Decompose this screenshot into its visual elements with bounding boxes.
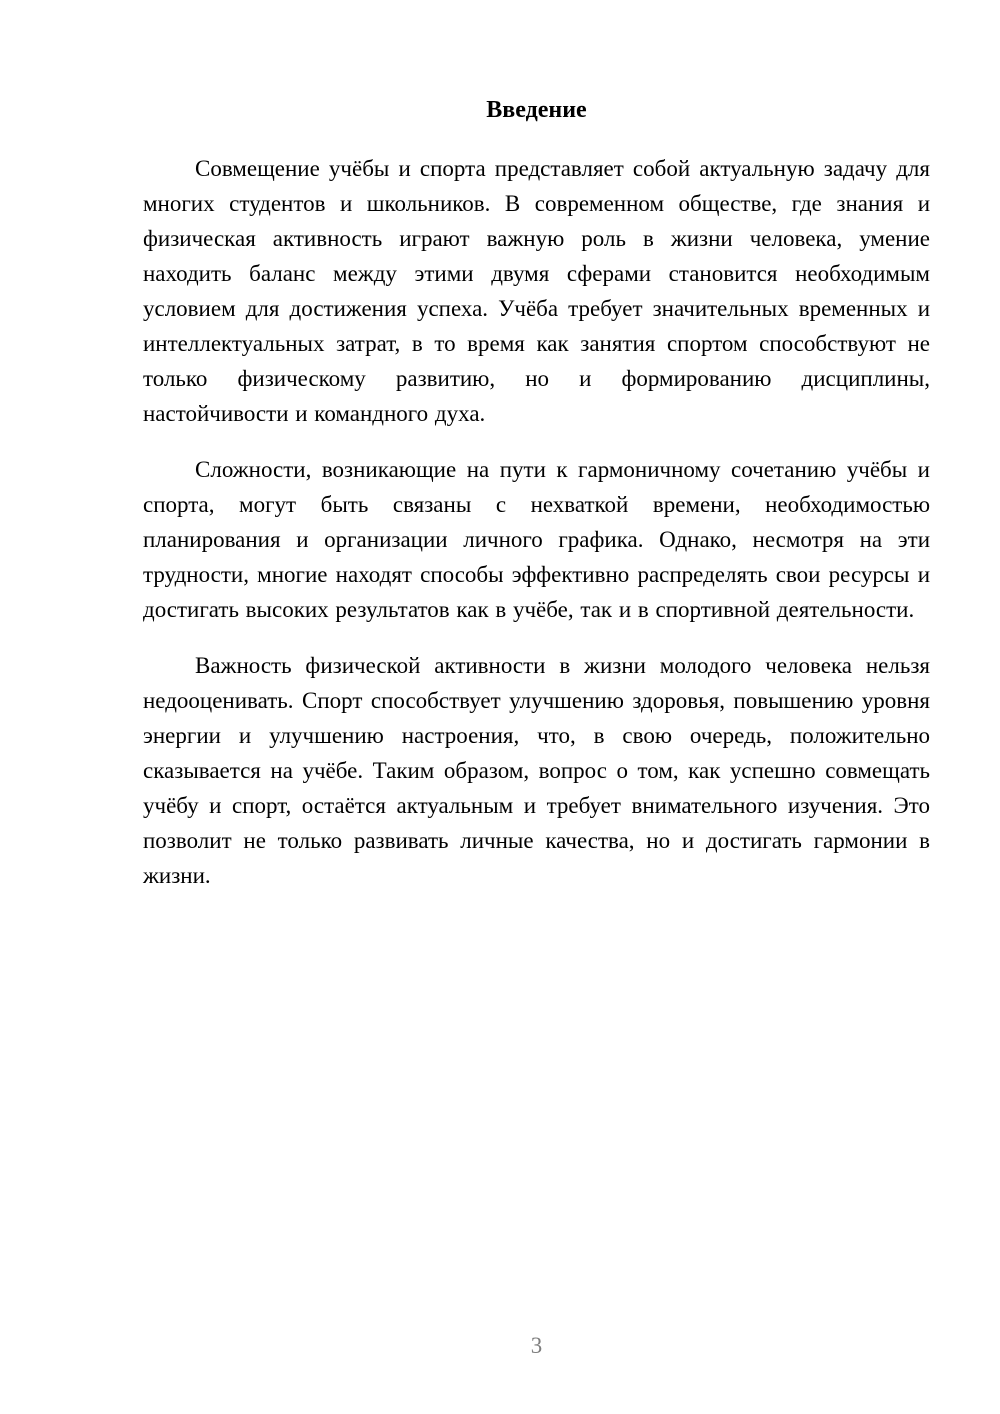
document-page: Введение Совмещение учёбы и спорта предс… — [0, 0, 1000, 1414]
paragraph-2: Сложности, возникающие на пути к гармони… — [143, 452, 930, 627]
page-title: Введение — [143, 93, 930, 128]
paragraph-1: Совмещение учёбы и спорта представляет с… — [143, 151, 930, 431]
document-body: Совмещение учёбы и спорта представляет с… — [143, 151, 930, 893]
page-number: 3 — [143, 1328, 930, 1363]
paragraph-3: Важность физической активности в жизни м… — [143, 648, 930, 893]
